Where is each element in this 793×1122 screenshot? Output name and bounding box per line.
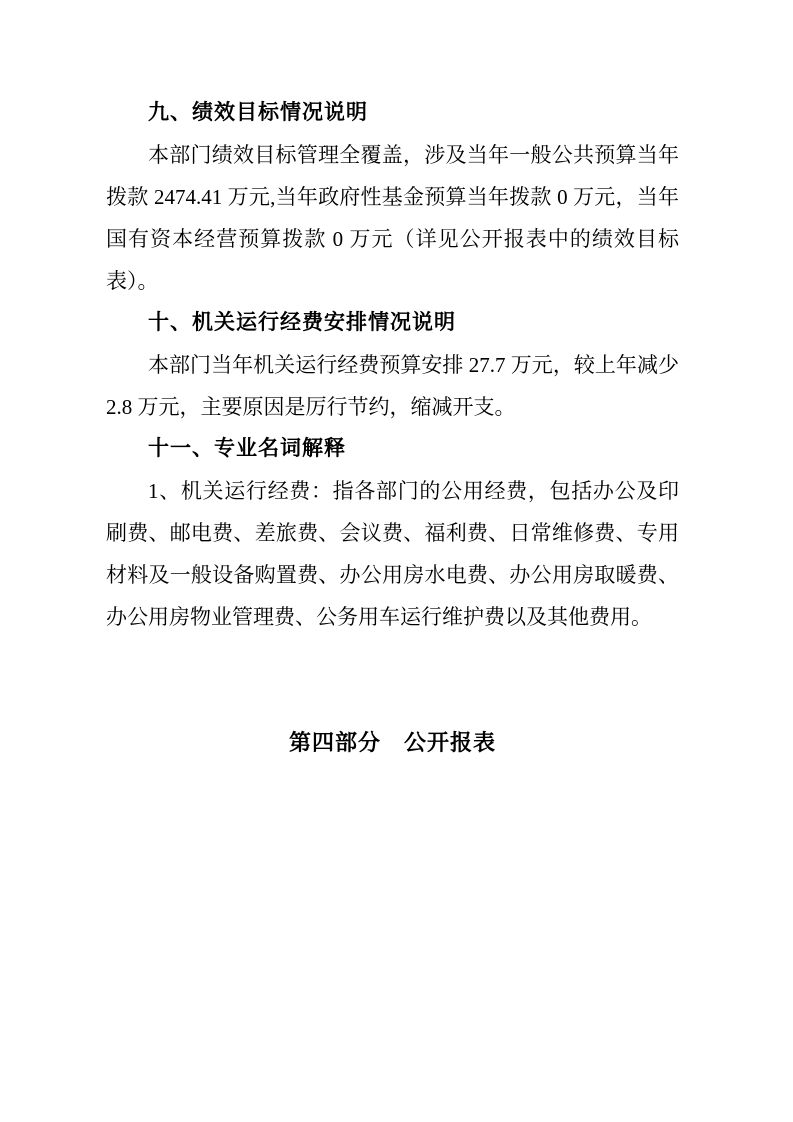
section-paragraph-performance-targets: 本部门绩效目标管理全覆盖，涉及当年一般公共预算当年拨款 2474.41 万元,当… [106,134,679,302]
document-page: 九、绩效目标情况说明 本部门绩效目标管理全覆盖，涉及当年一般公共预算当年拨款 2… [0,0,793,1122]
section-heading-performance-targets: 九、绩效目标情况说明 [106,92,679,134]
section-paragraph-operating-expenses: 本部门当年机关运行经费预算安排 27.7 万元，较上年减少 2.8 万元，主要原… [106,344,679,428]
document-content: 九、绩效目标情况说明 本部门绩效目标管理全覆盖，涉及当年一般公共预算当年拨款 2… [0,0,793,764]
section-paragraph-terminology: 1、机关运行经费：指各部门的公用经费，包括办公及印刷费、邮电费、差旅费、会议费、… [106,470,679,638]
section-heading-operating-expenses: 十、机关运行经费安排情况说明 [106,302,679,344]
part-title-public-reports: 第四部分 公开报表 [106,722,679,764]
section-heading-terminology: 十一、专业名词解释 [106,428,679,470]
